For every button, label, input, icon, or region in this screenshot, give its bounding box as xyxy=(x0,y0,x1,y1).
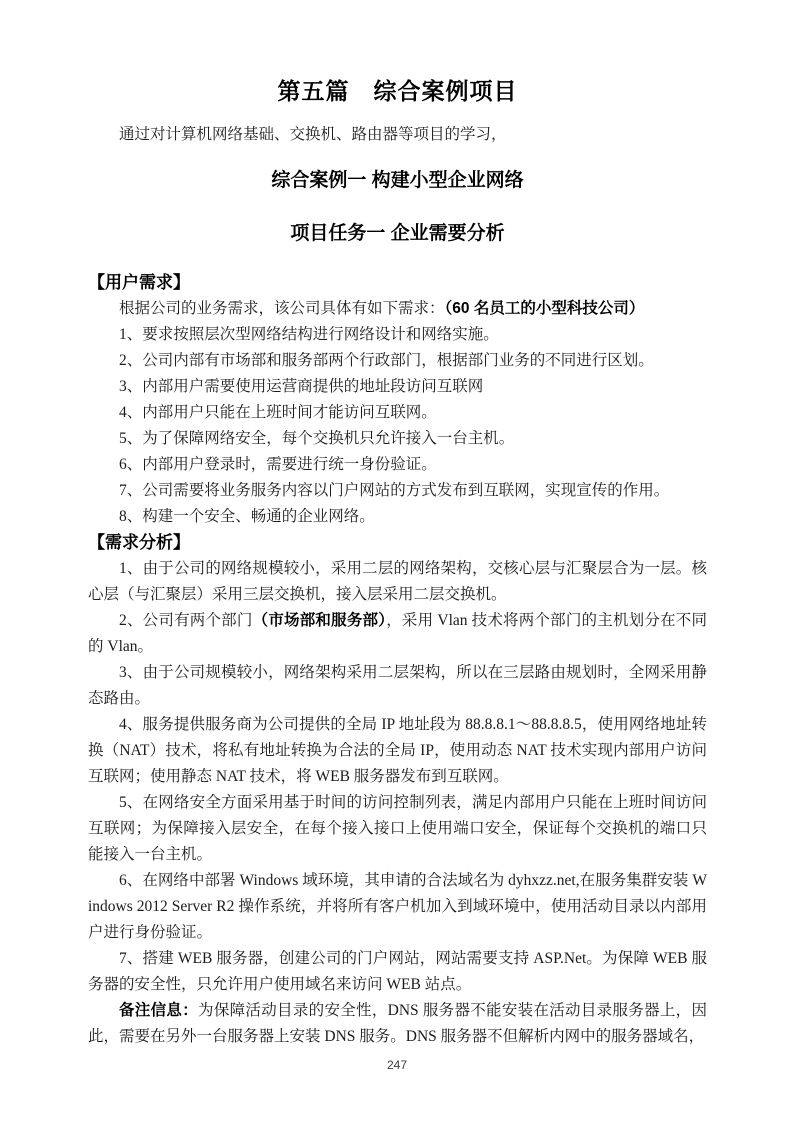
document-content: 第五篇 综合案例项目 通过对计算机网络基础、交换机、路由器等项目的学习， 综合案… xyxy=(0,0,794,1050)
user-requirement-item-7: 7、公司需要将业务服务内容以门户网站的方式发布到互联网，实现宣传的作用。 xyxy=(88,478,707,504)
analysis-paragraph-2: 2、公司有两个部门（市场部和服务部），采用 Vlan 技术将两个部门的主机划分在… xyxy=(88,608,707,660)
task-heading: 项目任务一 企业需要分析 xyxy=(88,221,707,246)
analysis-p2-pre: 2、公司有两个部门 xyxy=(119,612,253,629)
user-requirement-item-6: 6、内部用户登录时，需要进行统一身份验证。 xyxy=(88,452,707,478)
user-requirement-item-1: 1、要求按照层次型网络结构进行网络设计和网络实施。 xyxy=(88,322,707,348)
user-requirement-item-4: 4、内部用户只能在上班时间才能访问互联网。 xyxy=(88,400,707,426)
user-requirement-item-8: 8、构建一个安全、畅通的企业网络。 xyxy=(88,504,707,530)
user-requirement-item-2: 2、公司内部有市场部和服务部两个行政部门，根据部门业务的不同进行区划。 xyxy=(88,348,707,374)
user-requirement-item-3: 3、内部用户需要使用运营商提供的地址段访问互联网 xyxy=(88,374,707,400)
analysis-paragraph-4: 4、服务提供服务商为公司提供的全局 IP 地址段为 88.8.8.1～88.8.… xyxy=(88,712,707,790)
analysis-paragraph-1: 1、由于公司的网络规模较小，采用二层的网络架构，交核心层与汇聚层合为一层。核心层… xyxy=(88,556,707,608)
analysis-paragraph-5: 5、在网络安全方面采用基于时间的访问控制列表，满足内部用户只能在上班时间访问互联… xyxy=(88,790,707,868)
user-requirements-lead: 根据公司的业务需求，该公司具体有如下需求：（60 名员工的小型科技公司） xyxy=(88,296,707,322)
analysis-note: 备注信息：为保障活动目录的安全性，DNS 服务器不能安装在活动目录服务器上，因此… xyxy=(88,998,707,1050)
document-page: 第五篇 综合案例项目 通过对计算机网络基础、交换机、路由器等项目的学习， 综合案… xyxy=(0,0,794,1123)
user-requirements-header: 【用户需求】 xyxy=(88,270,707,296)
case-heading: 综合案例一 构建小型企业网络 xyxy=(88,168,707,193)
document-title: 第五篇 综合案例项目 xyxy=(88,76,707,106)
analysis-header: 【需求分析】 xyxy=(88,530,707,556)
lead-text: 根据公司的业务需求，该公司具体有如下需求： xyxy=(119,300,445,317)
analysis-p2-bold: （市场部和服务部） xyxy=(253,612,387,629)
intro-paragraph: 通过对计算机网络基础、交换机、路由器等项目的学习， xyxy=(88,122,707,148)
analysis-paragraph-3: 3、由于公司规模较小，网络架构采用二层架构，所以在三层路由规划时，全网采用静态路… xyxy=(88,660,707,712)
analysis-paragraph-6: 6、在网络中部署 Windows 域环境，其申请的合法域名为 dyhxzz.ne… xyxy=(88,868,707,946)
note-label: 备注信息： xyxy=(119,1002,198,1019)
page-number: 247 xyxy=(0,1058,794,1072)
lead-bold-text: （60 名员工的小型科技公司） xyxy=(445,300,645,317)
analysis-paragraph-7: 7、搭建 WEB 服务器，创建公司的门户网站，网站需要支持 ASP.Net。为保… xyxy=(88,946,707,998)
user-requirement-item-5: 5、为了保障网络安全，每个交换机只允许接入一台主机。 xyxy=(88,426,707,452)
